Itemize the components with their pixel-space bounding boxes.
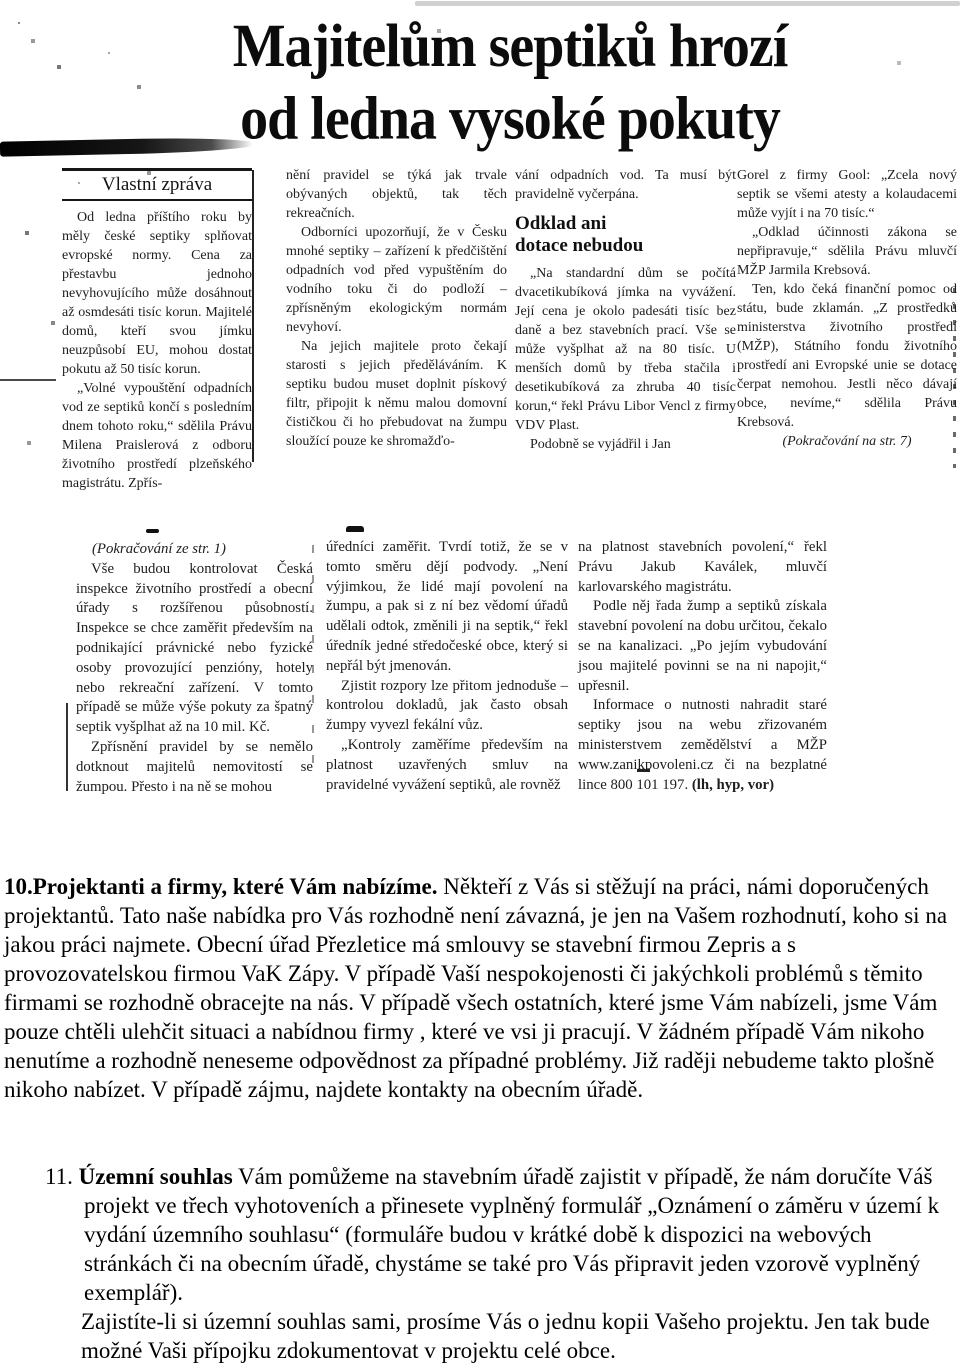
paragraph: „Na standardní dům se počítá dvacetikubí… (515, 264, 736, 435)
item-10-paragraph: 10.Projektanti a firmy, které Vám nabízí… (4, 872, 952, 1104)
continuation-note: (Pokračování na str. 7) (737, 432, 957, 451)
author-signature: (lh, hyp, vor) (692, 777, 774, 793)
paragraph: Odborníci upozorňují, že v Česku mnohé s… (286, 223, 507, 337)
paragraph: nění pravidel se týká jak trvale obývaný… (286, 166, 507, 223)
subheadline-line-2: dotace nebudou (515, 235, 736, 257)
scan-artifact-vline (66, 703, 68, 791)
paragraph: Na jejich majitele proto čekají starosti… (286, 337, 507, 451)
paragraph: Zjistit rozpory lze přitom jednoduše – k… (326, 677, 568, 736)
paragraph: vání odpadních vod. Ta musí být pravidel… (515, 166, 736, 204)
paragraph: Gorel z firmy Gool: „Zcela nový septik s… (737, 166, 957, 223)
paragraph: Zpřísnění pravidel by se nemělo dotknout… (76, 738, 313, 797)
scan-artifact-top-streak (415, 1, 960, 6)
continuation-column-3: na platnost stavebních povolení,“ řekl P… (578, 538, 827, 795)
paragraph: úředníci zaměřit. Tvrdí totiž, že se v t… (326, 538, 568, 677)
continuation-note: (Pokračování ze str. 1) (76, 540, 313, 560)
article-column-1: Vlastní zpráva Od ledna příštího roku by… (62, 168, 252, 493)
item-11-number: 11. (45, 1164, 73, 1189)
item-11-lead: Územní souhlas (79, 1164, 233, 1189)
paragraph: Podobně se vyjádřil i Jan (515, 435, 736, 454)
continuation-column-2: úředníci zaměřit. Tvrdí totiž, že se v t… (326, 538, 568, 795)
paragraph: Vše budou kontrolovat Česká inspekce živ… (76, 560, 313, 738)
headline-line-1: Majitelům septiků hrozí (60, 10, 960, 83)
paragraph: Od ledna příštího roku by měly české sep… (62, 208, 252, 379)
paragraph: Informace o nutnosti nahradit staré sept… (578, 696, 827, 795)
article-column-2: nění pravidel se týká jak trvale obývaný… (286, 166, 507, 451)
paragraph: „Odklad účinnosti zákona se nepřipravuje… (737, 223, 957, 280)
paragraph: Podle něj řada žump a septiků získala st… (578, 597, 827, 696)
paragraph: „Kontroly zaměříme především na platnost… (326, 736, 568, 795)
headline: Majitelům septiků hrozí od ledna vysoké … (60, 10, 960, 155)
kicker-vlastni-zprava: Vlastní zpráva (62, 168, 252, 201)
scan-artifact-speckles (18, 22, 20, 24)
item-11-block: 11. Územní souhlas Vám pomůžeme na stave… (45, 1162, 950, 1365)
article-column-4: Gorel z firmy Gool: „Zcela nový septik s… (737, 166, 957, 451)
scanned-document-page: Majitelům septiků hrozí od ledna vysoké … (0, 0, 960, 1365)
scan-artifact-dash (346, 526, 364, 532)
scan-artifact-dash (146, 529, 159, 533)
newspaper-clipping: Majitelům septiků hrozí od ledna vysoké … (0, 0, 960, 800)
paragraph: „Volné vypouštění odpadních vod ze septi… (62, 379, 252, 493)
article-column-3: vání odpadních vod. Ta musí být pravidel… (515, 166, 736, 454)
item-10-body: Někteří z Vás si stěžují na práci, námi … (4, 874, 947, 1102)
paragraph: Ten, kdo čeká finanční pomoc od státu, b… (737, 280, 957, 432)
paragraph: na platnost stavebních povolení,“ řekl P… (578, 538, 827, 597)
item-10-lead: 10.Projektanti a firmy, které Vám nabízí… (4, 874, 438, 899)
column-divider-rule (252, 170, 254, 462)
subheadline: Odklad ani dotace nebudou (515, 213, 736, 257)
item-11-addendum: Zajistíte-li si územní souhlas sami, pro… (81, 1307, 950, 1365)
item-11-paragraph: 11. Územní souhlas Vám pomůžeme na stave… (45, 1162, 950, 1307)
continuation-column-1: (Pokračování ze str. 1) Vše budou kontro… (76, 540, 313, 797)
subheadline-line-1: Odklad ani (515, 213, 736, 235)
scan-artifact-hline (0, 379, 56, 381)
